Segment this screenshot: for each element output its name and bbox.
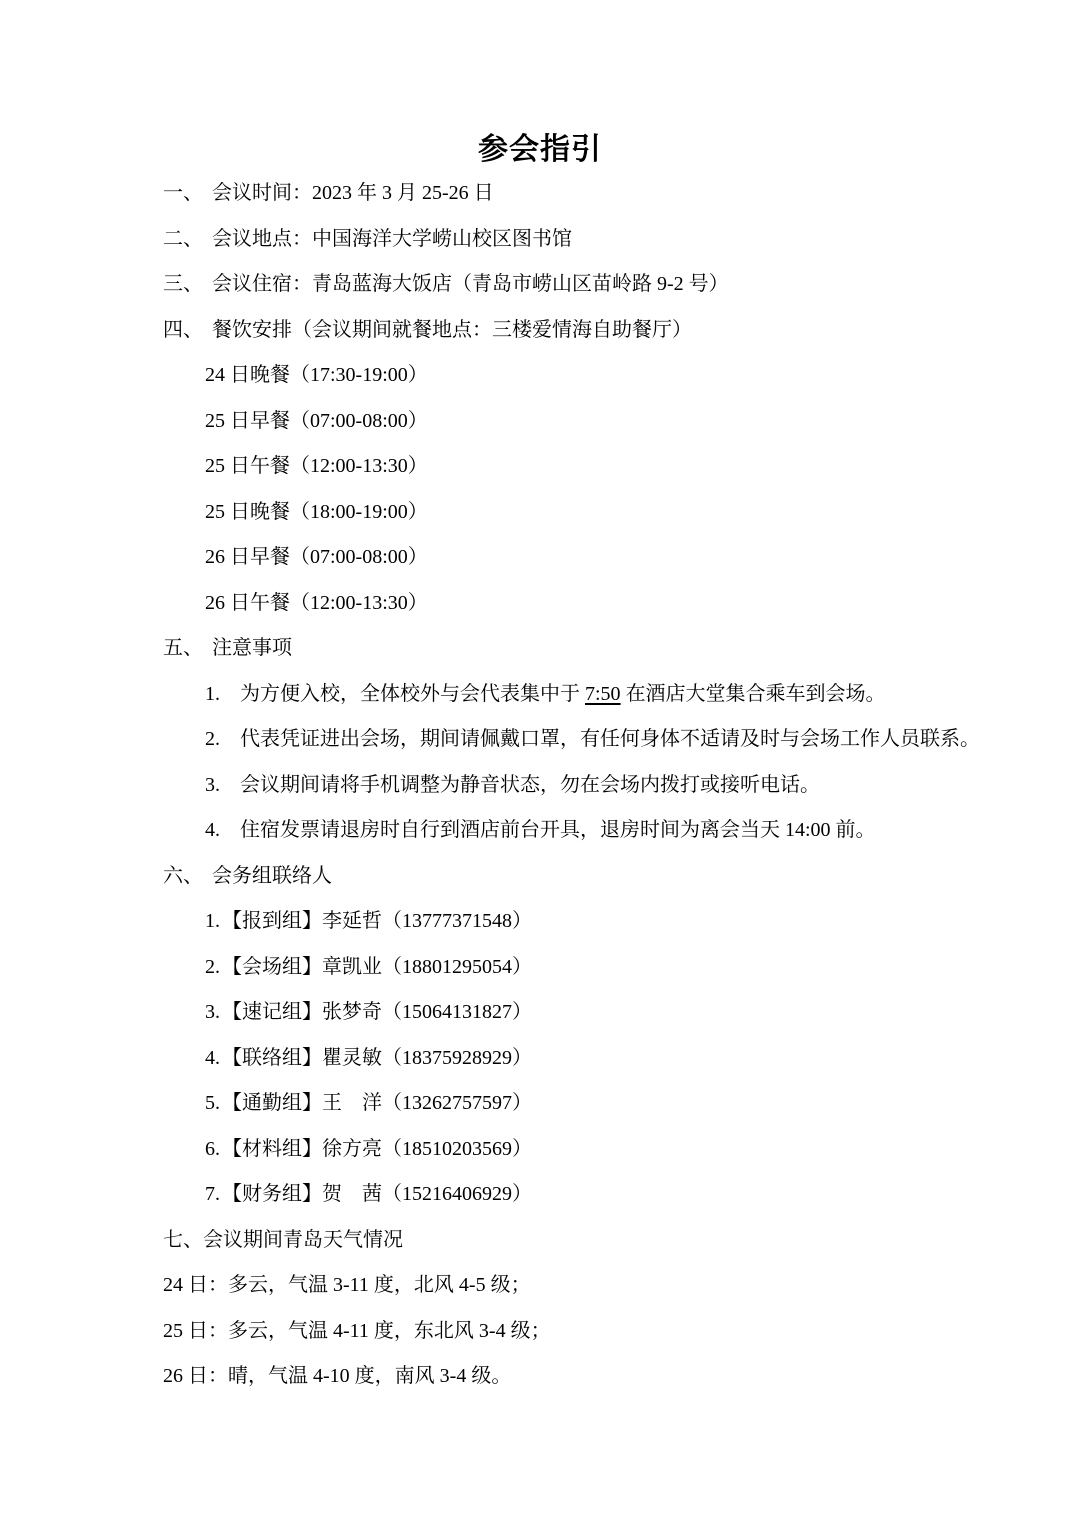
contact-item: 7.【财务组】贺 茜（15216406929） — [205, 1172, 1020, 1218]
meal-text: 24 日晚餐（17:30-19:00） — [205, 364, 428, 386]
contact-phone: （13262757597） — [382, 1092, 532, 1114]
meal-item: 24 日晚餐（17:30-19:00） — [205, 353, 1020, 399]
note-number: 2. — [205, 717, 240, 763]
note-item: 3.会议期间请将手机调整为静音状态，勿在会场内拨打或接听电话。 — [205, 763, 1020, 809]
meal-item: 25 日晚餐（18:00-19:00） — [205, 490, 1020, 536]
contact-name: 张梦奇 — [322, 1001, 382, 1023]
contact-group: 【材料组】 — [222, 1138, 322, 1160]
weather-item: 26 日：晴，气温 4-10 度，南风 3-4 级。 — [163, 1354, 1020, 1400]
section-dining: 四、餐饮安排（会议期间就餐地点：三楼爱情海自助餐厅） — [163, 308, 1020, 354]
contact-number: 1. — [205, 899, 222, 945]
contact-item: 6.【材料组】徐方亮（18510203569） — [205, 1127, 1020, 1173]
weather-item: 25 日：多云，气温 4-11 度，东北风 3-4 级； — [163, 1309, 1020, 1355]
section-notes: 五、注意事项 — [163, 626, 1020, 672]
section-meeting-time: 一、会议时间：2023 年 3 月 25-26 日 — [163, 171, 1020, 217]
meal-text: 26 日早餐（07:00-08:00） — [205, 546, 428, 568]
list-marker: 五、 — [163, 626, 212, 672]
notes-heading: 注意事项 — [212, 637, 292, 659]
contact-name: 章凯业 — [322, 956, 382, 978]
note-text: 住宿发票请退房时自行到酒店前台开具，退房时间为离会当天 14:00 前。 — [240, 819, 876, 841]
contact-name: 王 洋 — [322, 1092, 382, 1114]
contact-item: 4.【联络组】瞿灵敏（18375928929） — [205, 1036, 1020, 1082]
contact-number: 5. — [205, 1081, 222, 1127]
meal-text: 25 日午餐（12:00-13:30） — [205, 455, 428, 477]
document-body: 一、会议时间：2023 年 3 月 25-26 日 二、会议地点：中国海洋大学崂… — [163, 171, 1020, 1400]
contact-group: 【联络组】 — [222, 1047, 322, 1069]
note-item: 2.代表凭证进出会场，期间请佩戴口罩，有任何身体不适请及时与会场工作人员联系。 — [205, 717, 1020, 763]
contact-group: 【会场组】 — [222, 956, 322, 978]
contact-group: 【报到组】 — [222, 910, 322, 932]
meeting-time-text: 会议时间：2023 年 3 月 25-26 日 — [212, 182, 494, 204]
meeting-location-text: 会议地点：中国海洋大学崂山校区图书馆 — [212, 228, 572, 250]
list-marker: 四、 — [163, 308, 212, 354]
note-text: 会议期间请将手机调整为静音状态，勿在会场内拨打或接听电话。 — [240, 774, 820, 796]
contact-number: 2. — [205, 945, 222, 991]
meal-item: 25 日午餐（12:00-13:30） — [205, 444, 1020, 490]
contact-group: 【通勤组】 — [222, 1092, 322, 1114]
contact-number: 7. — [205, 1172, 222, 1218]
contact-number: 3. — [205, 990, 222, 1036]
contact-phone: （13777371548） — [382, 910, 532, 932]
contact-item: 3.【速记组】张梦奇（15064131827） — [205, 990, 1020, 1036]
contact-phone: （15216406929） — [382, 1183, 532, 1205]
meal-item: 25 日早餐（07:00-08:00） — [205, 399, 1020, 445]
weather-text: 24 日：多云，气温 3-11 度，北风 4-5 级； — [163, 1274, 531, 1296]
contacts-heading: 会务组联络人 — [212, 865, 332, 887]
meal-item: 26 日早餐（07:00-08:00） — [205, 535, 1020, 581]
contact-phone: （18375928929） — [382, 1047, 532, 1069]
contact-item: 2.【会场组】章凯业（18801295054） — [205, 945, 1020, 991]
weather-heading: 七、会议期间青岛天气情况 — [163, 1229, 403, 1251]
meal-text: 25 日早餐（07:00-08:00） — [205, 410, 428, 432]
contact-name: 李延哲 — [322, 910, 382, 932]
section-accommodation: 三、会议住宿：青岛蓝海大饭店（青岛市崂山区苗岭路 9-2 号） — [163, 262, 1020, 308]
section-meeting-location: 二、会议地点：中国海洋大学崂山校区图书馆 — [163, 217, 1020, 263]
document-page: 参会指引 一、会议时间：2023 年 3 月 25-26 日 二、会议地点：中国… — [0, 0, 1080, 1528]
meal-item: 26 日午餐（12:00-13:30） — [205, 581, 1020, 627]
weather-text: 25 日：多云，气温 4-11 度，东北风 3-4 级； — [163, 1320, 551, 1342]
contact-phone: （18510203569） — [382, 1138, 532, 1160]
list-marker: 一、 — [163, 171, 212, 217]
note-text: 代表凭证进出会场，期间请佩戴口罩，有任何身体不适请及时与会场工作人员联系。 — [240, 728, 980, 750]
list-marker: 六、 — [163, 854, 212, 900]
weather-text: 26 日：晴，气温 4-10 度，南风 3-4 级。 — [163, 1365, 511, 1387]
note-number: 1. — [205, 672, 240, 718]
dining-text: 餐饮安排（会议期间就餐地点：三楼爱情海自助餐厅） — [212, 319, 692, 341]
note-text-post: 在酒店大堂集合乘车到会场。 — [621, 683, 886, 705]
contact-name: 贺 茜 — [322, 1183, 382, 1205]
contact-name: 徐方亮 — [322, 1138, 382, 1160]
weather-item: 24 日：多云，气温 3-11 度，北风 4-5 级； — [163, 1263, 1020, 1309]
note-item: 4.住宿发票请退房时自行到酒店前台开具，退房时间为离会当天 14:00 前。 — [205, 808, 1020, 854]
list-marker: 三、 — [163, 262, 212, 308]
meal-text: 25 日晚餐（18:00-19:00） — [205, 501, 428, 523]
accommodation-text: 会议住宿：青岛蓝海大饭店（青岛市崂山区苗岭路 9-2 号） — [212, 273, 729, 295]
note-item: 1.为方便入校，全体校外与会代表集中于 7:50 在酒店大堂集合乘车到会场。 — [205, 672, 1020, 718]
contact-item: 1.【报到组】李延哲（13777371548） — [205, 899, 1020, 945]
contact-number: 4. — [205, 1036, 222, 1082]
contact-item: 5.【通勤组】王 洋（13262757597） — [205, 1081, 1020, 1127]
note-text-pre: 为方便入校，全体校外与会代表集中于 — [240, 683, 585, 705]
note-number: 4. — [205, 808, 240, 854]
note-number: 3. — [205, 763, 240, 809]
assembly-time-underline: 7:50 — [585, 683, 621, 705]
contact-group: 【速记组】 — [222, 1001, 322, 1023]
contact-group: 【财务组】 — [222, 1183, 322, 1205]
meal-text: 26 日午餐（12:00-13:30） — [205, 592, 428, 614]
list-marker: 二、 — [163, 217, 212, 263]
contact-phone: （15064131827） — [382, 1001, 532, 1023]
section-contacts: 六、会务组联络人 — [163, 854, 1020, 900]
contact-name: 瞿灵敏 — [322, 1047, 382, 1069]
page-title: 参会指引 — [0, 124, 1080, 168]
contact-number: 6. — [205, 1127, 222, 1173]
contact-phone: （18801295054） — [382, 956, 532, 978]
section-weather: 七、会议期间青岛天气情况 — [163, 1218, 1020, 1264]
